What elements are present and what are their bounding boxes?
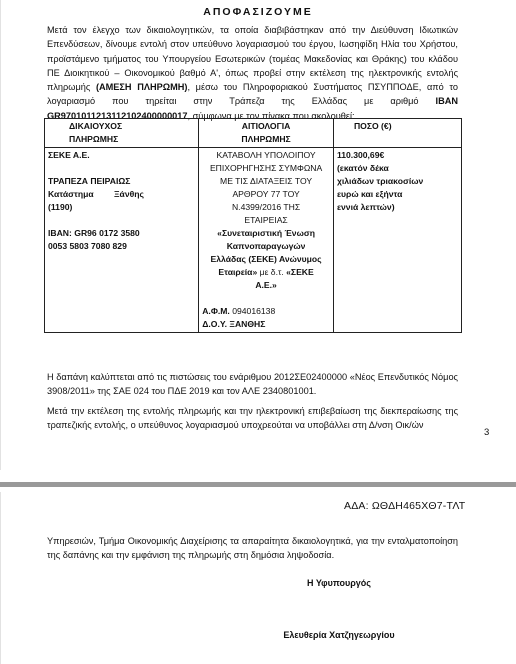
signature-name: Ελευθερία Χατζηγεωργίου [0, 630, 516, 640]
ada-code: ΑΔΑ: ΩΘΔΗ465ΧΘ7-ΤΛΤ [344, 500, 465, 512]
signature-role: Η Υφυπουργός [0, 578, 516, 588]
decision-title: ΑΠΟΦΑΣΙΖΟΥΜΕ [0, 6, 516, 18]
reason-cell: ΚΑΤΑΒΟΛΗ ΥΠΟΛΟΙΠΟΥ ΕΠΙΧΟΡΗΓΗΣΗΣ ΣΥΜΦΩΝΑ … [199, 148, 334, 333]
beneficiary-bank: ΤΡΑΠΕΖΑ ΠΕΙΡΑΙΩΣ [48, 176, 130, 186]
branch-label: Κατάστημα [48, 188, 94, 201]
reason-line: ΑΡΘΡΟΥ 77 ΤΟΥ [202, 188, 330, 201]
amount-cell: 110.300,69€ (εκατόν δέκα χιλιάδων τριακο… [333, 148, 461, 333]
company-name-line: Εταιρεία» [218, 267, 257, 277]
trade-name: Α.Ε.» [255, 280, 277, 290]
header-line: ΠΛΗΡΩΜΗΣ [69, 133, 195, 146]
beneficiary-iban-line: IBAN: GR96 0172 3580 [48, 228, 140, 238]
company-name-line: «Συνεταιριστική Ένωση [217, 228, 315, 238]
amount-value: 110.300,69€ [337, 150, 384, 160]
beneficiary-name: ΣΕΚΕ Α.Ε. [48, 150, 90, 160]
reason-line: ΕΠΙΧΟΡΗΓΗΣΗΣ ΣΥΜΦΩΝΑ [202, 162, 330, 175]
tax-office: Δ.Ο.Υ. ΞΑΝΘΗΣ [202, 319, 265, 329]
reason-line: ΕΤΑΙΡΕΙΑΣ [202, 214, 330, 227]
trade-name: «ΣΕΚΕ [286, 267, 314, 277]
company-name-line: Ελλάδας (ΣΕΚΕ) Ανώνυμος [211, 254, 322, 264]
reason-line: ΚΑΤΑΒΟΛΗ ΥΠΟΛΟΙΠΟΥ [202, 149, 330, 162]
trade-name-label: με δ.τ. [257, 267, 286, 277]
page-separator [0, 482, 516, 487]
branch-city: Ξάνθης [114, 188, 144, 201]
intro-paragraph: Μετά τον έλεγχο των δικαιολογητικών, τα … [47, 23, 458, 123]
header-line: ΑΙΤΙΟΛΟΓΙΑ [202, 120, 330, 133]
reason-line: Ν.4399/2016 ΤΗΣ [202, 201, 330, 214]
header-beneficiary: ΔΙΚΑΙΟΥΧΟΣΠΛΗΡΩΜΗΣ [45, 119, 199, 148]
reason-line: ΜΕ ΤΙΣ ΔΙΑΤΑΞΕΙΣ ΤΟΥ [202, 175, 330, 188]
page-left-edge [0, 0, 1, 470]
execution-paragraph: Μετά την εκτέλεση της εντολής πληρωμής κ… [47, 404, 458, 433]
beneficiary-iban-line: 0053 5803 7080 829 [48, 241, 127, 251]
amount-words-line: ευρώ και εξήντα [337, 189, 402, 199]
funding-paragraph: Η δαπάνη καλύπτεται από τις πιστώσεις το… [47, 370, 458, 399]
direct-payment-label: (ΑΜΕΣΗ ΠΛΗΡΩΜΗ) [96, 82, 188, 92]
table-row: ΣΕΚΕ Α.Ε. ΤΡΑΠΕΖΑ ΠΕΙΡΑΙΩΣ ΚατάστημαΞάνθ… [45, 148, 462, 333]
header-reason: ΑΙΤΙΟΛΟΓΙΑΠΛΗΡΩΜΗΣ [199, 119, 334, 148]
header-line: ΔΙΚΑΙΟΥΧΟΣ [69, 120, 195, 133]
amount-words-line: εννιά λεπτών) [337, 202, 395, 212]
table-header-row: ΔΙΚΑΙΟΥΧΟΣΠΛΗΡΩΜΗΣ ΑΙΤΙΟΛΟΓΙΑΠΛΗΡΩΜΗΣ ΠΟ… [45, 119, 462, 148]
afm-value: 094016138 [232, 306, 275, 316]
page-number: 3 [484, 427, 489, 438]
header-line: ΠΟΣΟ (€) [354, 120, 458, 133]
beneficiary-cell: ΣΕΚΕ Α.Ε. ΤΡΑΠΕΖΑ ΠΕΙΡΑΙΩΣ ΚατάστημαΞάνθ… [45, 148, 199, 333]
header-amount: ΠΟΣΟ (€) [333, 119, 461, 148]
continuation-paragraph: Υπηρεσιών, Τμήμα Οικονομικής Διαχείρισης… [47, 534, 458, 563]
afm-label: Α.Φ.Μ. [202, 306, 230, 316]
company-name-line: Καπνοπαραγωγών [227, 241, 306, 251]
amount-words-line: χιλιάδων τριακοσίων [337, 176, 423, 186]
branch-code: (1190) [48, 202, 72, 212]
amount-words-line: (εκατόν δέκα [337, 163, 389, 173]
payment-table: ΔΙΚΑΙΟΥΧΟΣΠΛΗΡΩΜΗΣ ΑΙΤΙΟΛΟΓΙΑΠΛΗΡΩΜΗΣ ΠΟ… [44, 118, 462, 333]
header-line: ΠΛΗΡΩΜΗΣ [202, 133, 330, 146]
